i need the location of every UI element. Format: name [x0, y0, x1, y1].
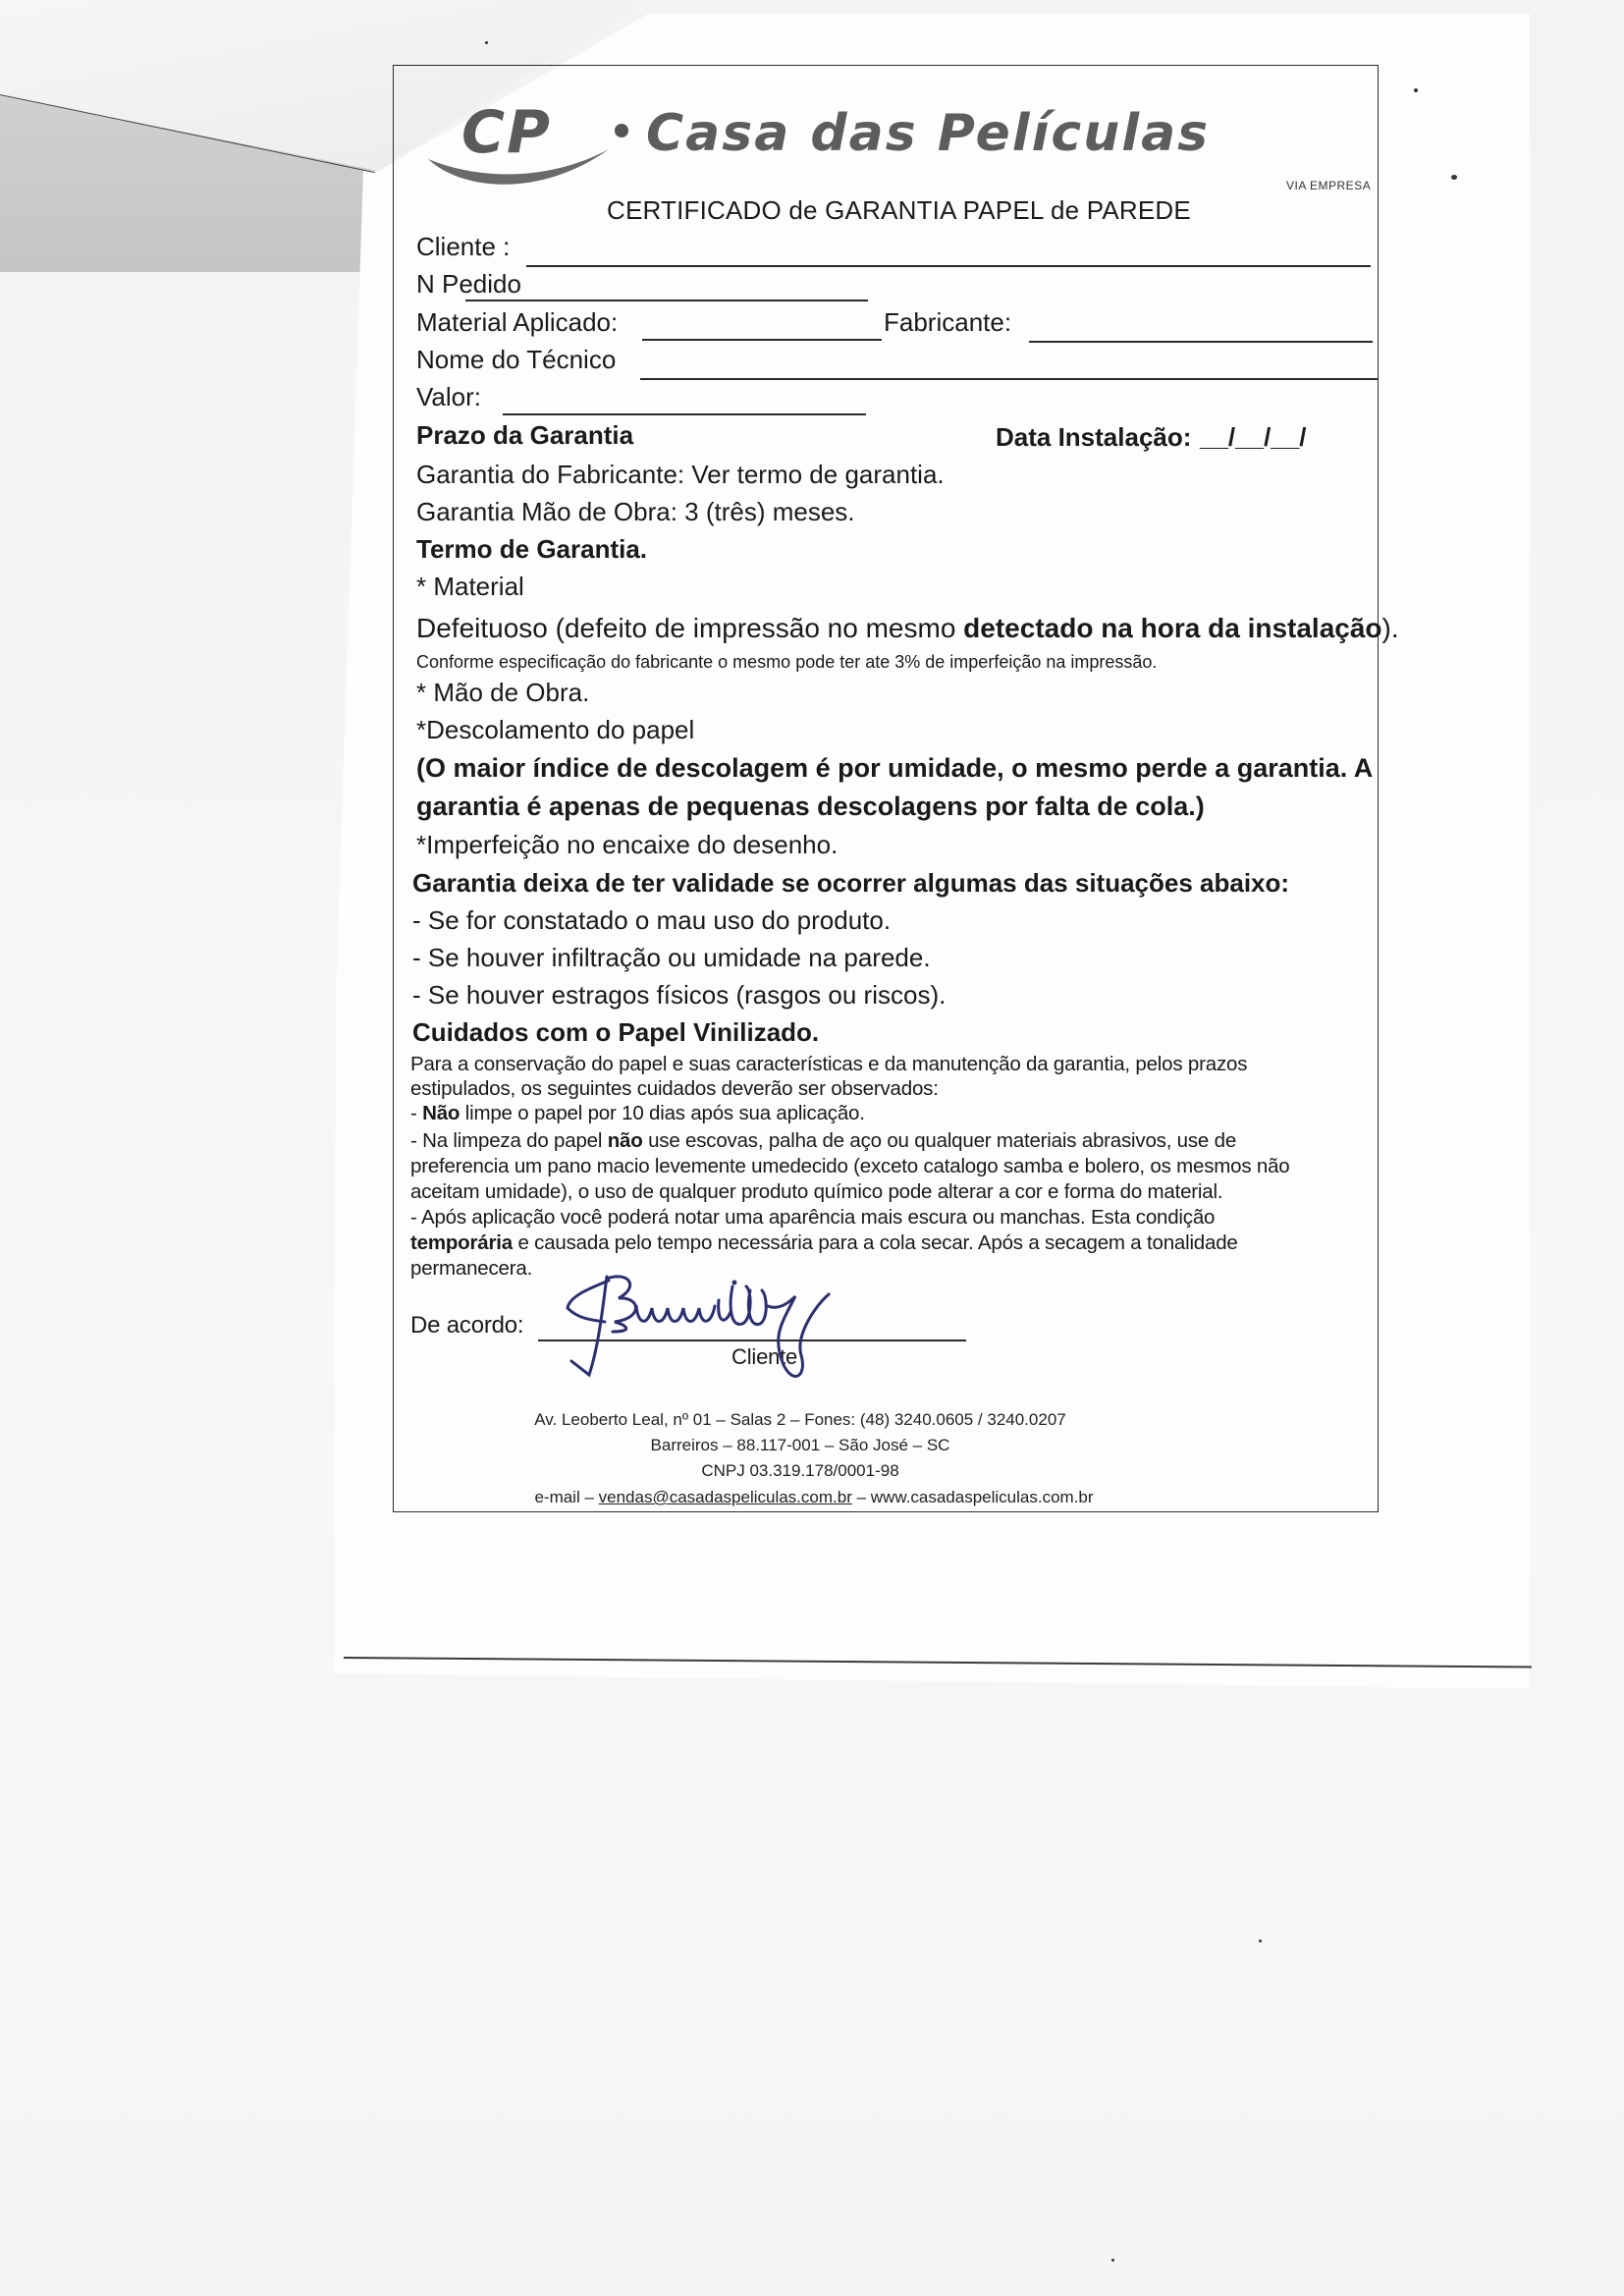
garantia-mao-de-obra: Garantia Mão de Obra: 3 (três) meses. [416, 497, 855, 527]
especificacao-note: Conforme especificação do fabricante o m… [416, 652, 1157, 673]
pedido-label: N Pedido [416, 269, 521, 300]
signature-label: De acordo: [410, 1312, 523, 1339]
cliente-label: Cliente : [416, 232, 510, 262]
certificate-title: CERTIFICADO de GARANTIA PAPEL de PAREDE [607, 195, 1191, 226]
termo-imperfeicao-item: *Imperfeição no encaixe do desenho. [416, 830, 838, 860]
defeituoso-bold: detectado na hora da instalação [963, 613, 1381, 643]
logo-mark: CP [461, 98, 552, 167]
copy-label: VIA EMPRESA [1286, 179, 1371, 192]
descolamento-note-line1: (O maior índice de descolagem é por umid… [416, 753, 1373, 784]
item1-rest: limpe o papel por 10 dias após sua aplic… [460, 1102, 864, 1124]
item1-bold: Não [422, 1102, 460, 1124]
cuidados-item-2-line1: - Na limpeza do papel não use escovas, p… [410, 1129, 1236, 1153]
item3-rest: e causada pelo tempo necessária para a c… [513, 1231, 1238, 1254]
valor-label: Valor: [416, 382, 481, 412]
item2-bold: não [608, 1129, 643, 1152]
garantia-fabricante: Garantia do Fabricante: Ver termo de gar… [416, 460, 945, 490]
company-logo: CP Casa das Películas [422, 90, 1257, 189]
valor-field[interactable] [503, 413, 866, 415]
scan-speck [1451, 175, 1457, 180]
material-label: Material Aplicado: [416, 307, 618, 338]
scan-speck [1111, 2259, 1114, 2262]
website-separator: – [852, 1488, 871, 1506]
fabricante-field[interactable] [1029, 341, 1373, 343]
cuidados-item-3-line1: - Após aplicação você poderá notar uma a… [410, 1206, 1215, 1230]
scan-speck [485, 41, 488, 44]
company-name: Casa das Películas [646, 104, 1210, 163]
tecnico-field[interactable] [640, 378, 1379, 380]
scan-speck [1259, 1940, 1262, 1942]
data-instalacao-label: Data Instalação: [996, 422, 1191, 453]
footer-cnpj: CNPJ 03.319.178/0001-98 [0, 1461, 1612, 1481]
termo-defeituoso: Defeituoso (defeito de impressão no mesm… [416, 613, 1399, 644]
cuidados-intro-line2: estipulados, os seguintes cuidados dever… [410, 1077, 939, 1101]
item2-prefix: - Na limpeza do papel [410, 1129, 608, 1152]
invalidez-heading: Garantia deixa de ter validade se ocorre… [412, 868, 1289, 899]
cuidados-item-1: - Não limpe o papel por 10 dias após sua… [410, 1102, 865, 1125]
cuidados-item-3-line2: temporária e causada pelo tempo necessár… [410, 1231, 1238, 1255]
item3-bold: temporária [410, 1231, 513, 1254]
cuidados-heading: Cuidados com o Papel Vinilizado. [412, 1017, 819, 1048]
item1-prefix: - [410, 1102, 422, 1124]
invalidez-item: - Se houver estragos físicos (rasgos ou … [412, 980, 946, 1011]
website-link[interactable]: www.casadaspeliculas.com.br [871, 1488, 1094, 1506]
data-instalacao-field[interactable]: __/__/__/ [1200, 422, 1306, 453]
termo-mao-de-obra-item: * Mão de Obra. [416, 678, 589, 708]
material-field[interactable] [642, 339, 882, 341]
termo-material-item: * Material [416, 572, 524, 602]
item2-rest: use escovas, palha de aço ou qualquer ma… [643, 1129, 1236, 1152]
cuidados-item-2-line2: preferencia um pano macio levemente umed… [410, 1155, 1290, 1178]
descolamento-note-line2: garantia é apenas de pequenas descolagen… [416, 792, 1205, 822]
cliente-field[interactable] [526, 265, 1371, 267]
cuidados-intro-line1: Para a conservação do papel e suas carac… [410, 1053, 1247, 1076]
invalidez-item: - Se for constatado o mau uso do produto… [412, 905, 891, 936]
scan-speck [1414, 88, 1418, 92]
email-link[interactable]: vendas@casadaspeliculas.com.br [599, 1488, 852, 1506]
tecnico-label: Nome do Técnico [416, 345, 616, 375]
logo-dot-icon [615, 124, 628, 137]
cuidados-item-3-line3: permanecera. [410, 1257, 532, 1281]
client-signature [550, 1267, 903, 1404]
pedido-field[interactable] [465, 300, 868, 301]
termo-descolamento-item: *Descolamento do papel [416, 715, 694, 745]
defeituoso-prefix: Defeituoso (defeito de impressão no mesm… [416, 613, 963, 643]
prazo-heading: Prazo da Garantia [416, 420, 633, 451]
footer-contact: e-mail – vendas@casadaspeliculas.com.br … [2, 1488, 1624, 1507]
invalidez-item: - Se houver infiltração ou umidade na pa… [412, 943, 931, 973]
termo-heading: Termo de Garantia. [416, 534, 647, 565]
fabricante-label: Fabricante: [884, 307, 1011, 338]
defeituoso-suffix: ). [1382, 613, 1399, 643]
cuidados-item-2-line3: aceitam umidade), o uso de qualquer prod… [410, 1180, 1222, 1204]
footer-city: Barreiros – 88.117-001 – São José – SC [0, 1436, 1612, 1455]
footer-address: Av. Leoberto Leal, nº 01 – Salas 2 – Fon… [0, 1410, 1612, 1430]
email-prefix: e-mail – [534, 1488, 598, 1506]
